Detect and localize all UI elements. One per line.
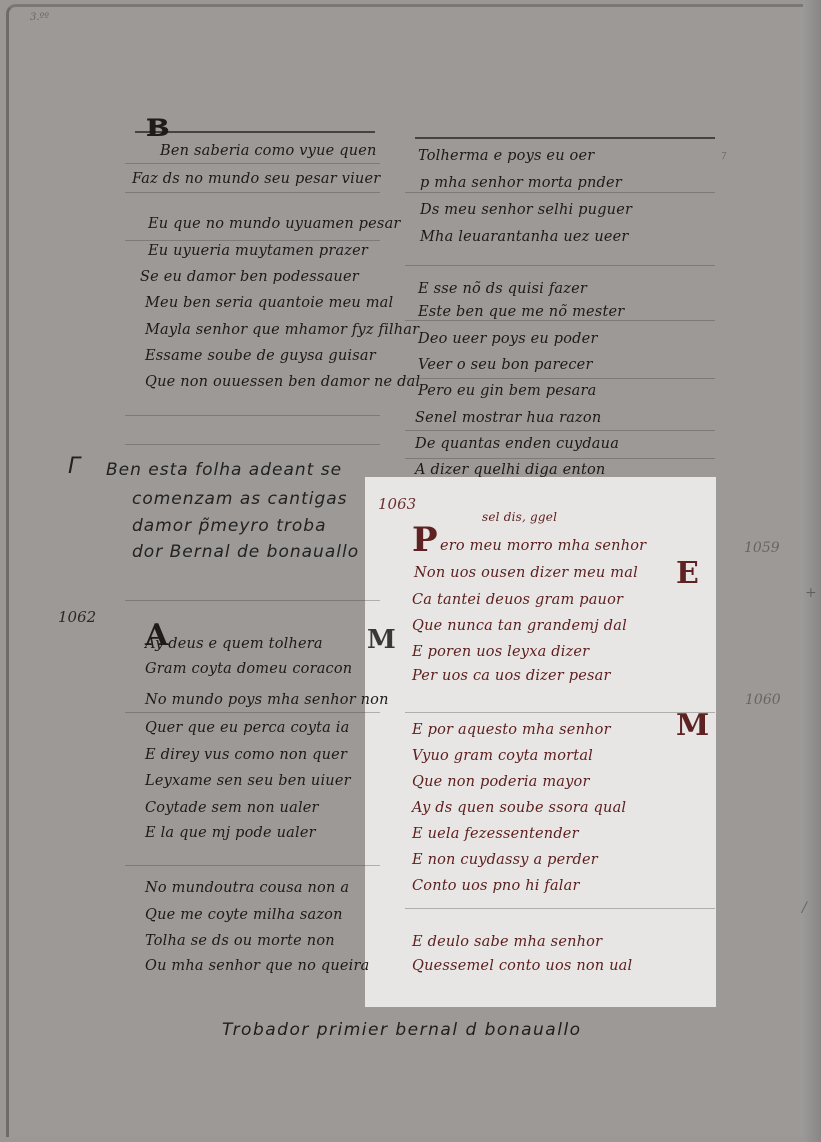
ruling-line	[125, 444, 380, 445]
note-bracket: Г	[68, 454, 81, 479]
folio-number-1063: 1063	[378, 495, 416, 513]
ruling-line	[125, 192, 380, 193]
verse-line: Leyxame sen seu ben uiuer	[145, 773, 351, 789]
verse-line: De quantas enden cuydaua	[415, 436, 619, 452]
verse-line-red: Vyuo gram coyta mortal	[412, 748, 593, 764]
verse-line: Coytade sem non ualer	[145, 800, 319, 816]
verse-line: Tolherma e poys eu oer	[418, 148, 594, 164]
verse-line: No mundoutra cousa non a	[145, 880, 349, 896]
red-margin-initial-m: M	[676, 708, 709, 743]
verse-line: Eu que no mundo uyuamen pesar	[148, 216, 401, 232]
verse-line-red: E uela fezessentender	[412, 826, 579, 842]
annotation-line: damor p̃meyro troba	[132, 516, 327, 536]
verse-line-red: E poren uos leyxa dizer	[412, 644, 589, 660]
verse-line: Ds meu senhor selhi puguer	[420, 202, 632, 218]
top-left-mark: 3.ºº	[30, 12, 49, 23]
ruling-line	[125, 415, 380, 416]
verse-line: Ben saberia como vyue quen	[160, 143, 377, 159]
annotation-line: dor Bernal de bonauallo	[132, 542, 359, 562]
verse-line-red: E por aquesto mha senhor	[412, 722, 611, 738]
verse-line: Pero eu gin bem pesara	[418, 383, 597, 399]
verse-line: p mha senhor morta pnder	[420, 175, 622, 191]
verse-line: Faz ds no mundo seu pesar viuer	[132, 171, 380, 187]
verse-line-red: Quessemel conto uos non ual	[412, 958, 632, 974]
verse-line: E la que mj pode ualer	[145, 825, 316, 841]
verse-line: No mundo poys mha senhor non	[145, 692, 389, 708]
ruling-line	[125, 240, 380, 241]
ruling-line	[405, 265, 715, 266]
verse-line-red: Ca tantei deuos gram pauor	[412, 592, 623, 608]
red-heading: sel dis, ggel	[482, 510, 557, 524]
verse-line: E direy vus como non quer	[145, 747, 347, 763]
margin-mark: /	[802, 900, 807, 916]
verse-line: Quer que eu perca coyta ia	[145, 720, 349, 736]
verse-line-red: Que nunca tan grandemj dal	[412, 618, 627, 634]
verse-line: Veer o seu bon parecer	[418, 357, 593, 373]
show-through-text: ⁊	[720, 148, 726, 161]
verse-line: Senel mostrar hua razon	[415, 410, 601, 426]
verse-line-red: Ay ds quen soube ssora qual	[412, 800, 626, 816]
ruling-line	[125, 163, 380, 164]
red-initial-p: P	[412, 520, 438, 560]
verse-line-red: E deulo sabe mha senhor	[412, 934, 602, 950]
verse-line-red: Conto uos pno hi falar	[412, 878, 580, 894]
ruling-line	[405, 320, 715, 321]
ruling-line	[135, 131, 375, 133]
verse-line-red: Per uos ca uos dizer pesar	[412, 668, 611, 684]
verse-line: Que me coyte milha sazon	[145, 907, 343, 923]
ruling-line	[405, 458, 715, 459]
ruling-line	[405, 378, 715, 379]
verse-line: Mayla senhor que mhamor fyz filhar	[145, 322, 419, 338]
verse-line: Eu uyueria muytamen prazer	[148, 243, 368, 259]
manuscript-page: 3.ºº ʙ Ben saberia como vyue quen Faz ds…	[0, 0, 821, 1142]
verse-line: Se eu damor ben podessauer	[140, 269, 359, 285]
ruling-line	[405, 908, 715, 909]
verse-line: Este ben que me nõ mester	[418, 304, 624, 320]
verse-line: Gram coyta domeu coracon	[145, 661, 352, 677]
annotation-line: Ben esta folha adeant se	[106, 460, 342, 480]
verse-line-red: E non cuydassy a perder	[412, 852, 598, 868]
ruling-line	[405, 430, 715, 431]
margin-mark: +	[805, 585, 817, 601]
ruling-line	[405, 712, 715, 713]
ruling-line	[125, 600, 380, 601]
verse-line: Ou mha senhor que no queira	[145, 958, 369, 974]
verse-line: E sse nõ ds quisi fazer	[418, 281, 587, 297]
ruling-line	[405, 192, 715, 193]
ruling-line	[125, 865, 380, 866]
margin-initial-m: M	[367, 625, 396, 655]
margin-number: 1060	[745, 692, 781, 708]
binding-shadow	[803, 0, 821, 1142]
annotation-line: comenzam as cantigas	[132, 489, 348, 509]
ruling-line	[125, 712, 380, 713]
red-margin-initial-e: E	[676, 556, 699, 591]
footer-annotation: Trobador primier bernal d bonauallo	[222, 1020, 582, 1040]
verse-line: Deo ueer poys eu poder	[418, 331, 598, 347]
folio-number-left: 1062	[58, 608, 96, 626]
verse-line: Essame soube de guysa guisar	[145, 348, 376, 364]
verse-line: A dizer quelhi diga enton	[415, 462, 605, 478]
verse-line: Que non ouuessen ben damor ne dal	[145, 374, 420, 390]
verse-line-red: Non uos ousen dizer meu mal	[414, 565, 638, 581]
ruling-line	[415, 137, 715, 139]
verse-line: Mha leuarantanha uez ueer	[420, 229, 629, 245]
verse-line: Meu ben seria quantoie meu mal	[145, 295, 393, 311]
margin-number: 1059	[744, 540, 780, 556]
verse-line: Tolha se ds ou morte non	[145, 933, 335, 949]
decorated-initial-b: ʙ	[146, 105, 170, 145]
verse-line-red: ero meu morro mha senhor	[440, 538, 646, 554]
verse-line: Ay deus e quem tolhera	[145, 636, 323, 652]
verse-line-red: Que non poderia mayor	[412, 774, 590, 790]
